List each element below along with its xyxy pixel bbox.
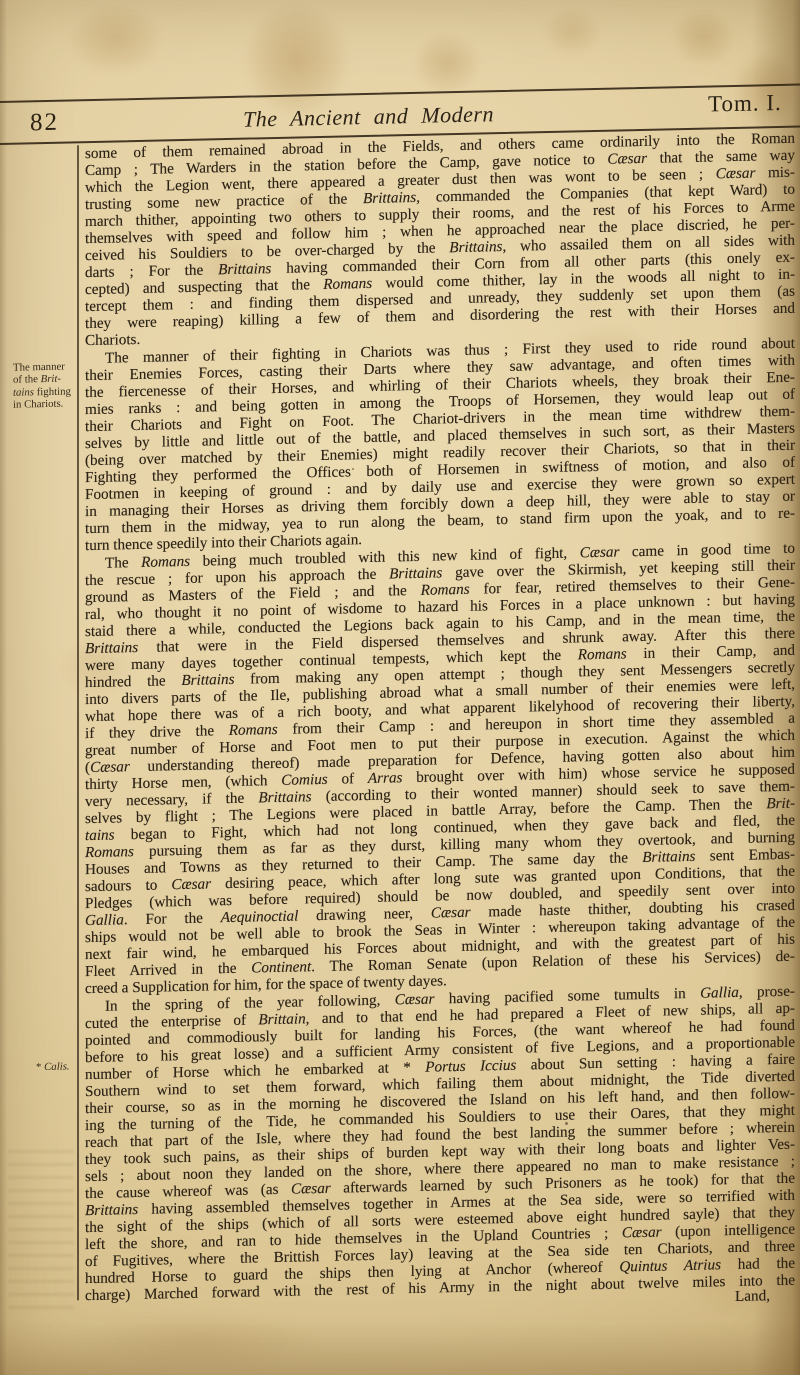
text-block: some of them remained abroad in the Fiel…: [85, 130, 795, 1304]
paragraph: some of them remained abroad in the Fiel…: [85, 130, 795, 349]
catchword: Land,: [735, 1287, 770, 1306]
header-rule-top: [0, 83, 800, 103]
margin-note-line: in Chariots.: [13, 397, 85, 411]
page-content: 82 The Ancient and Modern Tom. I. The ma…: [0, 0, 800, 1375]
margin-note-chariots: The mannerof the Brit-tains fightingin C…: [13, 360, 85, 411]
paragraph: The Romans being much troubled with this…: [85, 540, 795, 997]
running-title: The Ancient and Modern: [243, 101, 494, 132]
screenshot-root: { "header": { "page_number": "82", "runn…: [0, 0, 800, 1375]
paragraph: In the spring of the year following, Cæs…: [85, 983, 795, 1304]
book-page: 82 The Ancient and Modern Tom. I. The ma…: [0, 0, 800, 1375]
page-number: 82: [30, 109, 59, 138]
margin-rule: [77, 145, 79, 1300]
paragraph: The manner of their fighting in Chariots…: [85, 335, 795, 554]
tome-label: Tom. I.: [708, 90, 782, 118]
